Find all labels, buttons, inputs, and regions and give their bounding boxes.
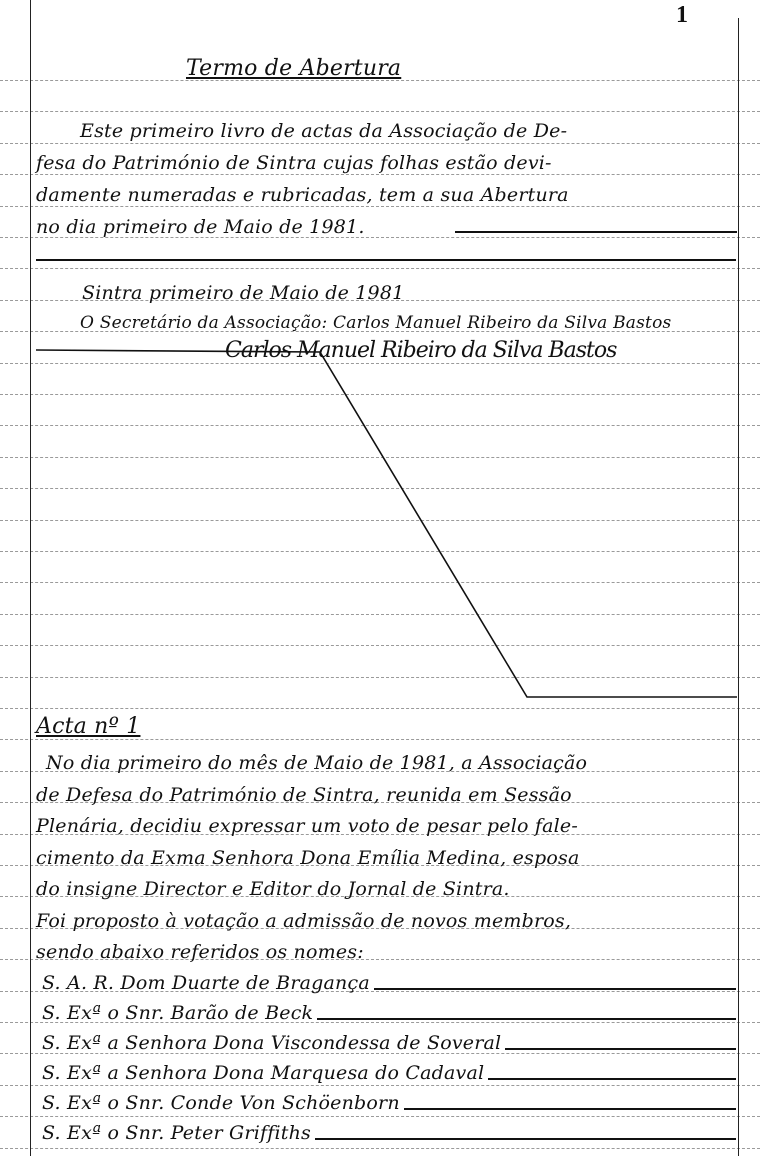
ledger-page: 1 Termo de Abertura Este primeiro livro … — [0, 0, 760, 1156]
cancellation-stroke — [0, 0, 760, 1156]
